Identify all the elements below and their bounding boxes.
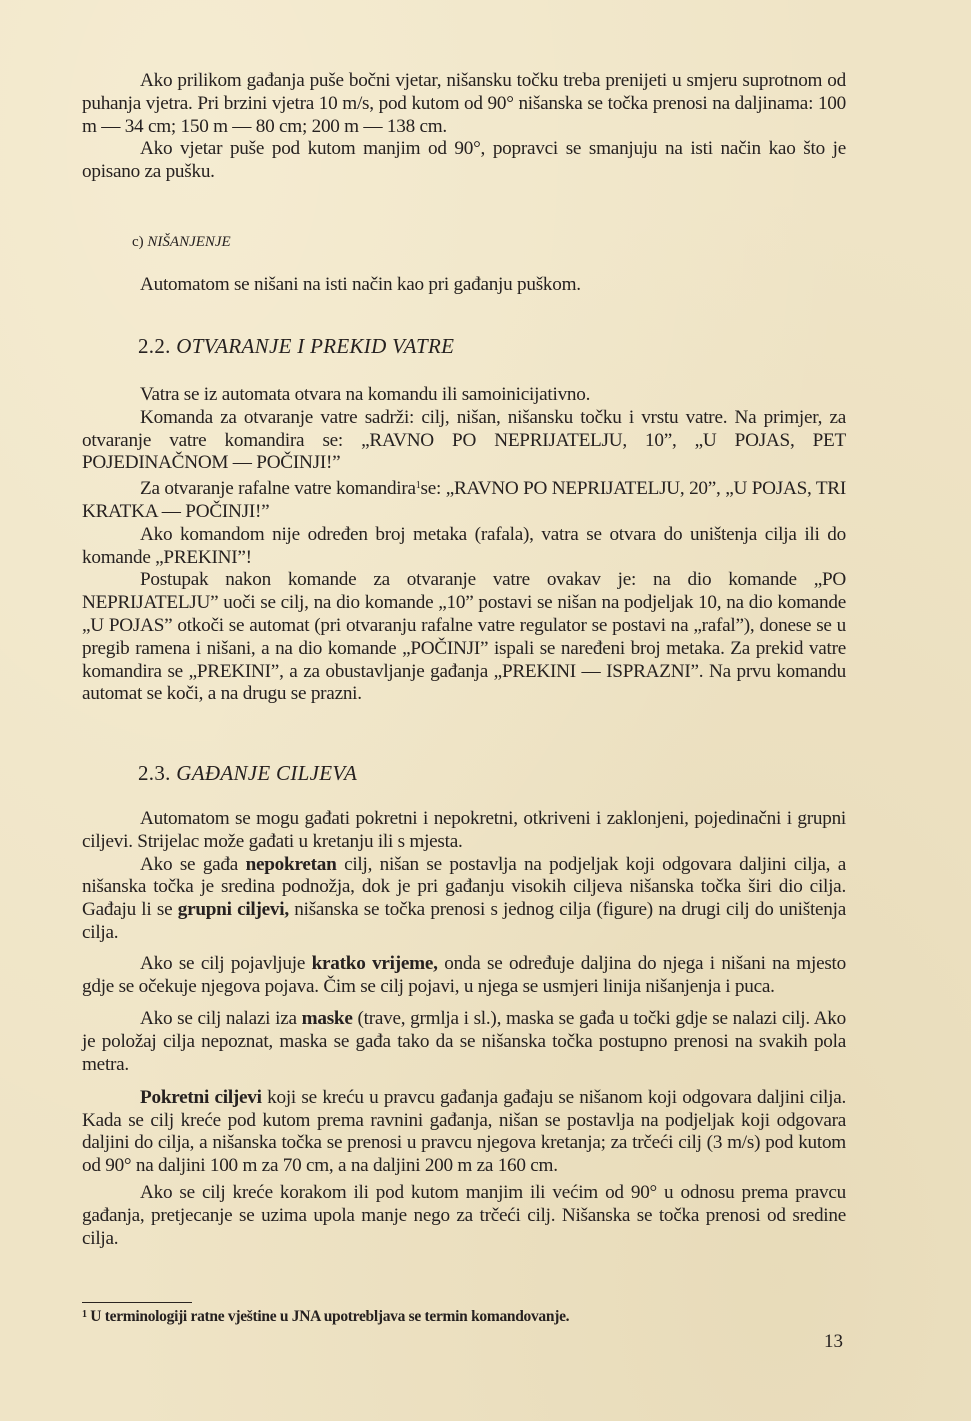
subsection-title: NIŠANJENJE: [147, 234, 230, 250]
section-2-2-heading: 2.2. OTVARANJE I PREKID VATRE: [82, 334, 846, 359]
footnote-divider: [82, 1302, 192, 1303]
footnote: 1 U terminologiji ratne vještine u JNA u…: [82, 1308, 569, 1326]
page-body: Ako prilikom gađanja puše bočni vjetar, …: [82, 70, 846, 184]
section-2-3-heading: 2.3. GAĐANJE CILJEVA: [82, 761, 846, 786]
section-2-2-body: Vatra se iz automata otvara na komandu i…: [82, 384, 846, 706]
subsection-heading-c: c) NIŠANJENJE: [132, 234, 231, 251]
aiming-text: Automatom se nišani na isti način kao pr…: [82, 274, 846, 297]
page-number: 13: [824, 1331, 843, 1353]
section-2-3-body: Automatom se mogu gađati pokretni i nepo…: [82, 808, 846, 1250]
paragraph-side-wind: Ako prilikom gađanja puše bočni vjetar, …: [82, 70, 846, 138]
paragraph-wind-angle: Ako vjetar puše pod kutom manjim od 90°,…: [82, 138, 846, 184]
